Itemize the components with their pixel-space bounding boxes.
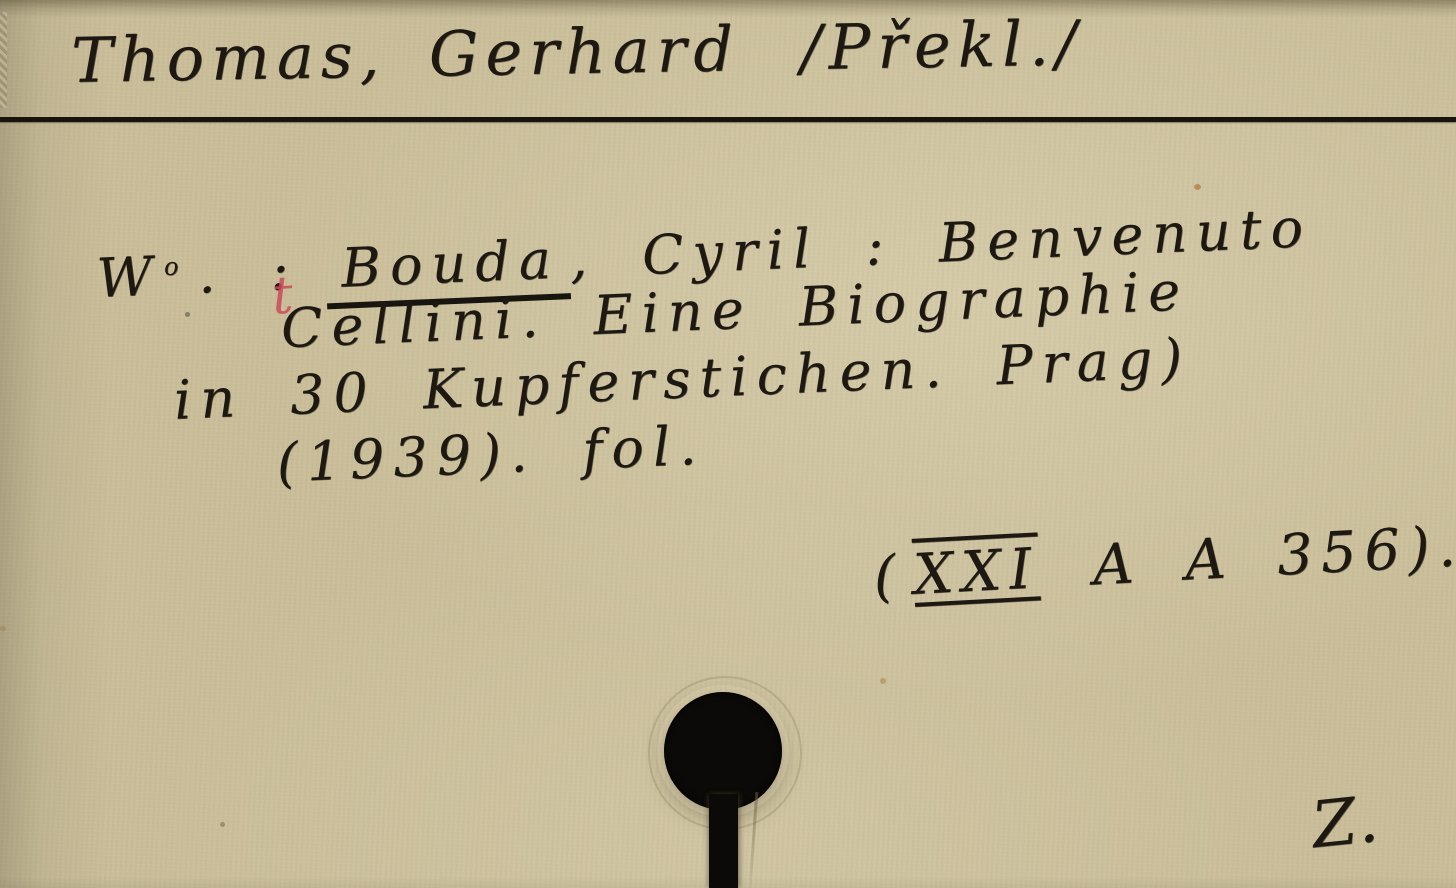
heading-rule (0, 117, 1456, 122)
paper-speck (220, 822, 225, 827)
shelfmark-number: 356 (1275, 517, 1409, 589)
shelfmark-roman-numeral: XXI (908, 536, 1045, 608)
scan-edge-artifact (0, 12, 7, 108)
paper-speck (0, 626, 6, 631)
paper-speck (1194, 184, 1201, 190)
punch-hole (664, 692, 782, 810)
catalog-card: Thomas, Gerhard /Překl./ Wo. :Bouda, Cyr… (0, 0, 1456, 888)
shelfmark-close-paren: ). (1406, 514, 1456, 582)
heading-qualifier: /Překl./ (800, 6, 1084, 84)
shelfmark-letters: A A (1091, 526, 1235, 598)
paper-speck (880, 678, 886, 684)
punch-hole-slot (709, 794, 738, 888)
heading-name: Thomas, Gerhard (71, 12, 741, 97)
shelfmark-open-paren: ( (872, 543, 905, 609)
entry-block: Wo. :Bouda, Cyril : Benvenuto Cellini. E… (95, 185, 1321, 504)
reference-prefix: Wo. : (95, 239, 298, 310)
prefix-superscript: o (163, 251, 188, 281)
shelfmark: (XXI A A 356). (872, 514, 1456, 610)
heading: Thomas, Gerhard /Překl./ (71, 6, 1084, 97)
qualifier-close-bracket: / (1055, 6, 1084, 79)
cataloguer-initial: Z. (1308, 783, 1383, 864)
prefix-letter: W (95, 244, 162, 310)
qualifier-text: Překl. (828, 7, 1056, 84)
qualifier-open-bracket: / (800, 11, 829, 84)
red-pencil-mark: t (270, 265, 295, 326)
pencil-dot (185, 312, 190, 317)
